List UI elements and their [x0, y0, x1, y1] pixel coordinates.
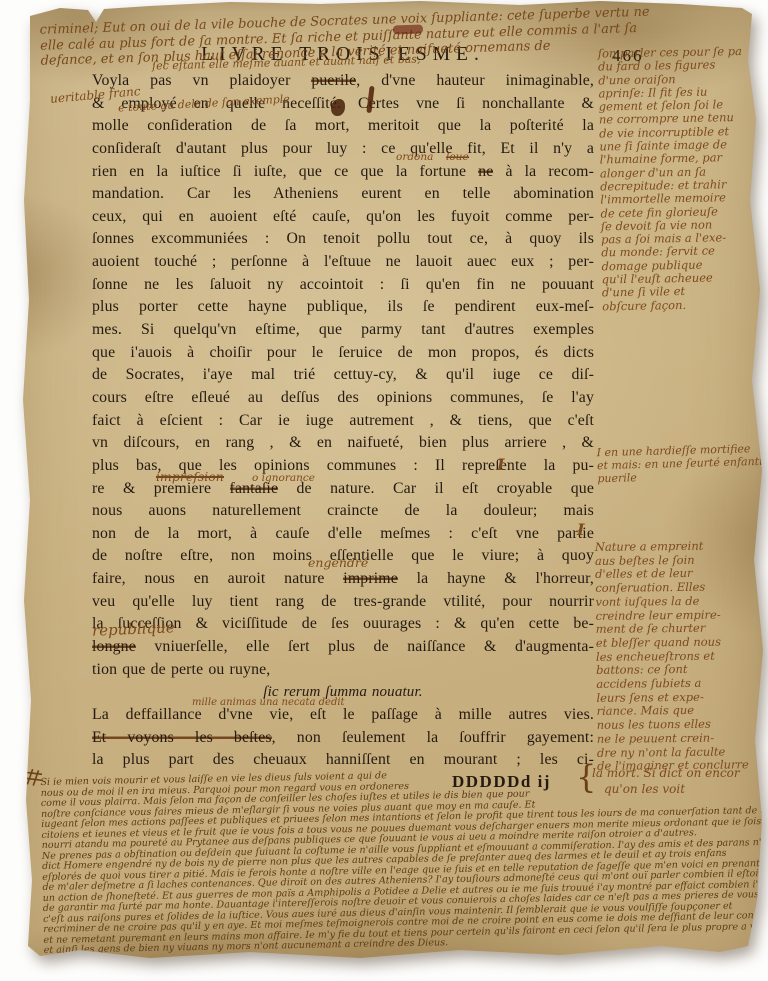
right-marginalia-middle: I en une hardieſſe mortifieeet mais: en …: [597, 442, 766, 485]
annotation-ordona-struck: loue: [446, 151, 469, 163]
print-line: veu qu'elle luy tient rang de tres-grand…: [92, 591, 594, 614]
annotation-catchword-1: la mort. Si dict on encor: [592, 766, 740, 780]
print-line: tion que de perte ou ruyne,: [92, 659, 594, 682]
print-line: nous auons naturellement craincte de la …: [92, 500, 594, 523]
insertion-mark-icon: [20, 768, 42, 786]
print-line: ſonnes excommuniées : On tenoit pollu to…: [92, 228, 594, 251]
right-marginalia-upper: ſon parler ces pour ſe padu fard o les f…: [598, 45, 768, 314]
print-line: cours eſtre eſleué au deſſus des opinion…: [92, 387, 594, 410]
annotation-ignorance: o ignorance: [252, 472, 315, 484]
hand-line: obſcure façon.: [602, 297, 768, 313]
print-line: ſonne ne les ſaluoit ny accointoit : ſi …: [92, 274, 594, 297]
print-line: mes. Si quelqu'vn eſtime, que parmy tant…: [92, 319, 594, 342]
print-line: Et voyons les beſtes, non ſeulement la ſ…: [92, 727, 594, 750]
right-marginalia-lower: Nature a empreintaus beſtes le ſoind'ell…: [595, 539, 767, 774]
print-line: faict à eſcient : Car ie iuge autrement …: [92, 410, 594, 433]
print-line: ceux, qui en auoient eſté cauſe, qu'on l…: [92, 206, 594, 229]
print-line: mandation. Car les Atheniens eurent en t…: [92, 183, 594, 206]
print-line: vn diſcours, en rang , & en naifueté, bi…: [92, 432, 594, 455]
annotation-impression: impreſsion: [156, 469, 224, 484]
print-line: que i'auois à choiſir pour le ſeruice de…: [92, 342, 594, 365]
print-line: faire, nous en auroit nature imprime la …: [92, 568, 594, 591]
annotation-ordona: ordona: [396, 151, 433, 163]
print-line: auoient touché ; perſonne à l'eſtuue ne …: [92, 251, 594, 274]
print-line: non de la mort, à cauſe d'elle meſmes : …: [92, 523, 594, 546]
print-line: molle conſideration de ſa mort, meritoit…: [92, 115, 594, 138]
print-line: Voyla pas vn plaidoyer puerile, d'vne ha…: [92, 70, 594, 93]
print-line: plus porter cette hayne publique, ils ſe…: [92, 296, 594, 319]
manuscript-page-wrap: LIVRE TROISIESME. 466 Voyla pas vn plaid…: [0, 0, 768, 981]
manuscript-page: LIVRE TROISIESME. 466 Voyla pas vn plaid…: [0, 0, 768, 981]
printed-text-block: Voyla pas vn plaidoyer puerile, d'vne ha…: [92, 70, 594, 772]
annotation-latin-verse: mille animas una necata dedit: [192, 697, 345, 708]
annotation-engendre: engendré: [308, 555, 368, 570]
insertion-caret-1: I: [497, 455, 504, 474]
print-line: longne vniuerſelle, elle ſert plus de na…: [92, 636, 594, 659]
print-line: de Socrates, i'aye mal trié cettuy-cy, &…: [92, 364, 594, 387]
annotation-catchword-2: qu'on les voit: [604, 782, 685, 796]
print-line: conſideraſt d'autant plus pour luy : ce …: [92, 138, 594, 161]
insertion-caret-2: I: [577, 520, 584, 539]
print-line: rien en la iuſtice ſi iuſte, que ce que …: [92, 161, 594, 184]
annotation-republique: republique: [92, 618, 175, 640]
